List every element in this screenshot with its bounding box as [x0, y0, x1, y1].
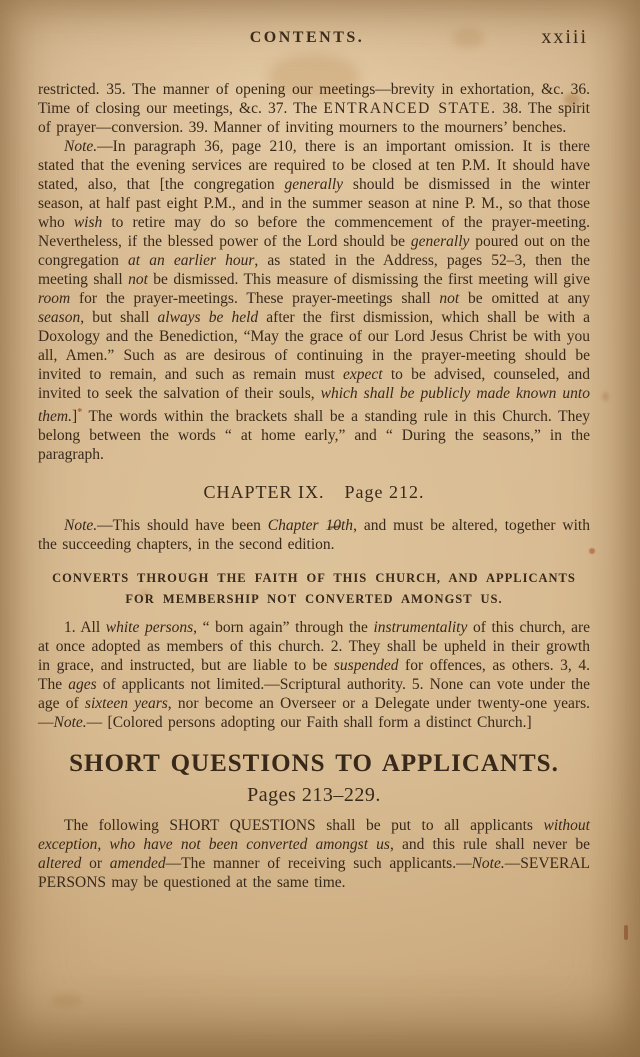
page-number: xxiii	[541, 26, 588, 49]
book-page: CONTENTS. xxiii restricted. 35. The mann…	[0, 0, 640, 1057]
edge-mark	[624, 925, 628, 940]
page-header: CONTENTS. xxiii	[38, 26, 590, 52]
paragraph-continuation: restricted. 35. The manner of opening ou…	[38, 80, 590, 137]
paper-stain	[602, 392, 609, 401]
pages-range-heading: Pages 213–229.	[38, 784, 590, 807]
running-title: CONTENTS.	[38, 29, 576, 47]
paragraph-converts: 1. All white persons, “ born again” thro…	[38, 618, 590, 732]
text-column: CONTENTS. xxiii restricted. 35. The mann…	[38, 26, 590, 892]
note-omission: Note.—In paragraph 36, page 210, there i…	[38, 137, 590, 464]
short-questions-heading: SHORT QUESTIONS TO APPLICANTS.	[38, 749, 590, 779]
paper-stain	[52, 994, 82, 1007]
paragraph-short-questions: The following SHORT QUESTIONS shall be p…	[38, 816, 590, 892]
chapter-heading: CHAPTER IX. Page 212.	[38, 481, 590, 503]
text-blocks: restricted. 35. The manner of opening ou…	[38, 80, 590, 892]
converts-heading: CONVERTS THROUGH THE FAITH OF THIS CHURC…	[38, 568, 590, 610]
note-chapter-number: Note.—This should have been Chapter 10th…	[38, 516, 590, 554]
